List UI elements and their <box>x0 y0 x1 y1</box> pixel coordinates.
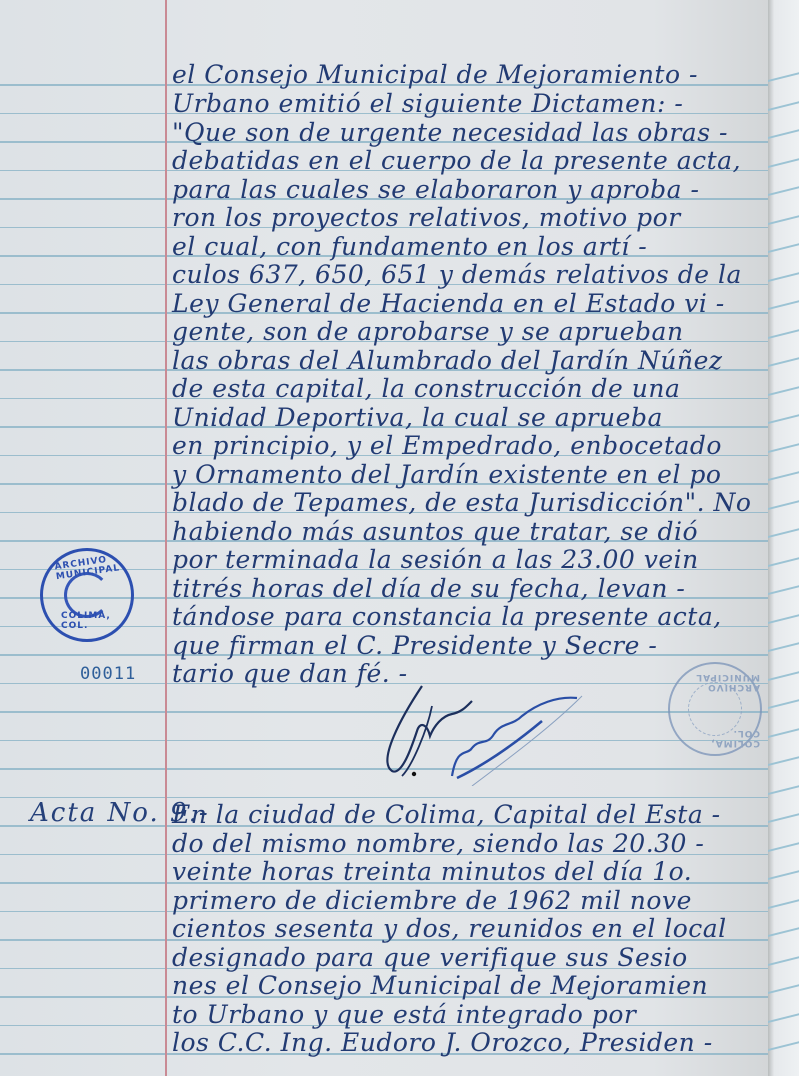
edge-ruled-line <box>768 1013 799 1022</box>
faded-stamp-top-text: ARCHIVO MUNICIPAL <box>684 672 760 692</box>
act-line: primero de diciembre de 1962 mil nove <box>172 886 692 915</box>
edge-ruled-line <box>768 72 799 81</box>
body-line: culos 637, 650, 651 y demás relativos de… <box>172 260 742 289</box>
edge-ruled-line <box>768 414 799 423</box>
signature-president <box>387 686 472 772</box>
page-edge <box>768 0 799 1076</box>
body-line: blado de Tepames, de esta Jurisdicción".… <box>172 488 751 517</box>
signature-secretary <box>452 698 577 776</box>
archive-stamp: ARCHIVO MUNICIPAL COLIMA, COL. <box>40 548 134 642</box>
body-line: que firman el C. Presidente y Secre - <box>172 631 657 660</box>
signatures-icon <box>372 676 592 786</box>
edge-ruled-line <box>768 528 799 537</box>
edge-ruled-line <box>768 215 799 224</box>
act-line: los C.C. Ing. Eudoro J. Orozco, Presiden… <box>172 1028 713 1057</box>
body-line: debatidas en el cuerpo de la presente ac… <box>172 146 741 175</box>
edge-ruled-line <box>768 585 799 594</box>
ledger-page: el Consejo Municipal de Mejoramiento - U… <box>0 0 768 1076</box>
edge-ruled-line <box>768 557 799 566</box>
body-line: Unidad Deportiva, la cual se aprueba <box>172 403 663 432</box>
body-line: Ley General de Hacienda en el Estado vi … <box>172 289 725 318</box>
faded-archive-stamp: ARCHIVO MUNICIPAL COLIMA, COL. <box>668 662 762 756</box>
edge-ruled-line <box>768 443 799 452</box>
body-line: titrés horas del día de su fecha, levan … <box>172 574 685 603</box>
body-line: Urbano emitió el siguiente Dictamen: - <box>172 89 683 118</box>
edge-ruled-line <box>768 1041 799 1050</box>
body-line: habiendo más asuntos que tratar, se dió <box>172 517 698 546</box>
edge-ruled-line <box>768 614 799 623</box>
body-line: el cual, con fundamento en los artí - <box>172 232 647 261</box>
edge-ruled-line <box>768 756 799 765</box>
act-line: cientos sesenta y dos, reunidos en el lo… <box>172 914 727 943</box>
act-line: veinte horas treinta minutos del día 1o. <box>172 857 692 886</box>
edge-ruled-line <box>768 927 799 936</box>
edge-ruled-line <box>768 243 799 252</box>
edge-ruled-line <box>768 984 799 993</box>
act-line: nes el Consejo Municipal de Mejoramien <box>172 971 708 1000</box>
act-line: En la ciudad de Colima, Capital del Esta… <box>172 800 721 829</box>
act-line: designado para que verifique sus Sesio <box>172 943 688 972</box>
body-line: para las cuales se elaboraron y aproba - <box>172 175 699 204</box>
edge-ruled-line <box>768 101 799 110</box>
body-line: "Que son de urgente necesidad las obras … <box>172 118 728 147</box>
edge-ruled-line <box>768 300 799 309</box>
body-line: y Ornamento del Jardín existente en el p… <box>172 460 721 489</box>
body-line: de esta capital, la construcción de una <box>172 374 680 403</box>
margin-line <box>165 0 167 1076</box>
edge-ruled-line <box>768 870 799 879</box>
edge-ruled-line <box>768 813 799 822</box>
body-line: las obras del Alumbrado del Jardín Núñez <box>172 346 723 375</box>
body-line: ron los proyectos relativos, motivo por <box>172 203 681 232</box>
edge-ruled-line <box>768 500 799 509</box>
folio-number: 00011 <box>80 664 136 684</box>
edge-ruled-line <box>768 272 799 281</box>
body-line: el Consejo Municipal de Mejoramiento - <box>172 60 698 89</box>
edge-ruled-line <box>768 129 799 138</box>
edge-ruled-line <box>768 158 799 167</box>
edge-ruled-line <box>768 899 799 908</box>
edge-ruled-line <box>768 186 799 195</box>
edge-ruled-line <box>768 671 799 680</box>
edge-ruled-line <box>768 642 799 651</box>
faded-stamp-bottom-text: COLIMA, COL. <box>690 728 760 748</box>
body-line: por terminada la sesión a las 23.00 vein <box>172 545 699 574</box>
body-line: gente, son de aprobarse y se aprueban <box>172 317 684 346</box>
edge-ruled-line <box>768 785 799 794</box>
stamp-bottom-text: COLIMA, COL. <box>61 611 131 631</box>
body-line: en principio, y el Empedrado, enbocetado <box>172 431 722 460</box>
edge-ruled-line <box>768 471 799 480</box>
edge-ruled-line <box>768 699 799 708</box>
edge-ruled-line <box>768 956 799 965</box>
act-line: do del mismo nombre, siendo las 20.30 - <box>172 829 704 858</box>
edge-ruled-line <box>768 329 799 338</box>
edge-ruled-line <box>768 386 799 395</box>
edge-ruled-line <box>768 842 799 851</box>
body-line: tándose para constancia la presente acta… <box>172 602 722 631</box>
edge-ruled-line <box>768 357 799 366</box>
edge-ruled-line <box>768 728 799 737</box>
act-line: to Urbano y que está integrado por <box>172 1000 636 1029</box>
